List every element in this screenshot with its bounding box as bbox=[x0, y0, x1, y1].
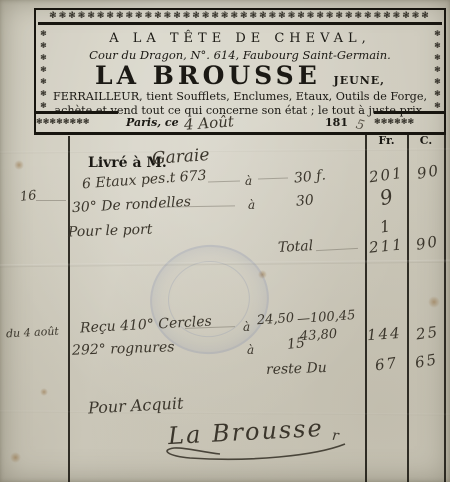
column-header-francs: Fr. bbox=[366, 134, 407, 147]
signature-flourish-icon bbox=[140, 438, 360, 464]
merchant-name: LA BROUSSE JEUNE, bbox=[52, 63, 428, 89]
business-description-line1: FERRAILLEUR, tient Soufflets, Enclumes, … bbox=[52, 90, 428, 103]
shop-sign: A LA TÊTE DE CHEVAL, bbox=[52, 31, 428, 46]
total-label: Total bbox=[278, 238, 314, 256]
entry-row2-unit-price: 30 bbox=[295, 192, 314, 209]
balance-centimes: 65 bbox=[414, 350, 440, 372]
dateline-printed-year: 181 bbox=[325, 116, 348, 129]
rule-centimes-column-left bbox=[407, 133, 409, 482]
column-header-centimes: C. bbox=[408, 134, 444, 147]
pen-dash bbox=[160, 205, 235, 207]
letterhead-content: A LA TÊTE DE CHEVAL, Cour du Dragon, N°.… bbox=[52, 26, 428, 117]
dateline-handwritten-date: 4 Août bbox=[183, 112, 234, 133]
ornament-border-top-icon: ❃❃❃❃❃❃❃❃❃❃❃❃❃❃❃❃❃❃❃❃❃❃❃❃❃❃❃❃❃❃❃❃❃❃❃❃❃❃❃❃ bbox=[38, 10, 442, 25]
merchant-name-main: LA BROUSSE bbox=[95, 61, 321, 90]
foxing-spot bbox=[14, 160, 24, 170]
invoice-paper: ❃❃❃❃❃❃❃❃❃❃❃❃❃❃❃❃❃❃❃❃❃❃❃❃❃❃❃❃❃❃❃❃❃❃❃❃❃❃❃❃… bbox=[0, 0, 450, 482]
rule-right-edge bbox=[444, 133, 446, 482]
foxing-spot bbox=[428, 296, 440, 308]
pen-dash bbox=[36, 200, 66, 201]
margin-note-quantity: 16 bbox=[19, 188, 37, 205]
rule-francs-column-left bbox=[365, 133, 367, 482]
pen-dash bbox=[208, 180, 240, 182]
payment-row2-unit-price: 15 bbox=[286, 335, 305, 353]
total-centimes: 90 bbox=[415, 232, 441, 254]
total-francs: 211 bbox=[368, 235, 404, 257]
entry-row1-francs: 201 bbox=[368, 164, 405, 187]
foxing-spot bbox=[10, 452, 21, 463]
payment-row1-subtotal2: 43,80 bbox=[300, 327, 338, 345]
ornament-border-right-icon: ❃❃❃❃❃❃❃ bbox=[431, 29, 443, 109]
balance-francs: 67 bbox=[374, 353, 399, 374]
ornament-border-bottom-right-icon: ❃❃❃❃❃❃ bbox=[374, 111, 444, 132]
pen-dash bbox=[258, 177, 288, 179]
balance-label: reste Du bbox=[266, 360, 327, 378]
acquit-label: Pour Acquit bbox=[88, 394, 184, 418]
entry-row3-desc: Pour le port bbox=[68, 222, 153, 241]
rule-margin-column bbox=[68, 136, 70, 482]
entry-row1-desc: 6 Etaux pes.t 673 bbox=[82, 168, 207, 193]
payment-row1-centimes: 25 bbox=[415, 322, 440, 343]
entry-row1-centimes: 90 bbox=[416, 161, 442, 183]
dateline-city-label: Paris, ce bbox=[126, 116, 179, 129]
margin-note-payment-date: du 4 août bbox=[6, 325, 59, 341]
foxing-spot bbox=[258, 270, 267, 279]
pen-dash bbox=[316, 248, 358, 251]
payment-row1-francs: 144 bbox=[366, 324, 402, 344]
customer-name: Garaie bbox=[151, 145, 210, 169]
merchant-name-suffix: JEUNE, bbox=[334, 74, 385, 87]
dateline: Paris, ce 4 Août 181 5 bbox=[118, 111, 374, 132]
payment-row2-desc: 292° rognures bbox=[72, 339, 175, 359]
entry-row2-at: à bbox=[248, 198, 255, 212]
shop-address: Cour du Dragon, N°. 614, Faubourg Saint-… bbox=[52, 48, 428, 62]
payment-row1-subtotal1: —100,45 bbox=[297, 308, 356, 327]
ornament-border-left-icon: ❃❃❃❃❃❃❃ bbox=[37, 29, 49, 109]
payment-row2-at: à bbox=[247, 343, 254, 357]
letterhead-frame-bottom: ❃❃❃❃❃❃❃❃ Paris, ce 4 Août 181 5 ❃❃❃❃❃❃ bbox=[36, 111, 444, 132]
payment-row1-at: à bbox=[243, 320, 250, 334]
entry-row3-francs: 1 bbox=[378, 216, 391, 236]
entry-row1-at: à bbox=[245, 174, 252, 188]
letterhead-frame: ❃❃❃❃❃❃❃❃❃❃❃❃❃❃❃❃❃❃❃❃❃❃❃❃❃❃❃❃❃❃❃❃❃❃❃❃❃❃❃❃… bbox=[34, 8, 446, 135]
dateline-handwritten-year: 5 bbox=[354, 117, 366, 134]
entry-row2-desc: 30° De rondelles bbox=[72, 194, 192, 216]
entry-row1-unit-price: 30 ƒ. bbox=[293, 167, 326, 186]
ornament-border-bottom-left-icon: ❃❃❃❃❃❃❃❃ bbox=[36, 111, 118, 132]
entry-row2-francs: 9 bbox=[377, 184, 395, 210]
foxing-spot bbox=[40, 388, 48, 396]
payment-row1-unit-price: 24,50 bbox=[257, 311, 295, 329]
